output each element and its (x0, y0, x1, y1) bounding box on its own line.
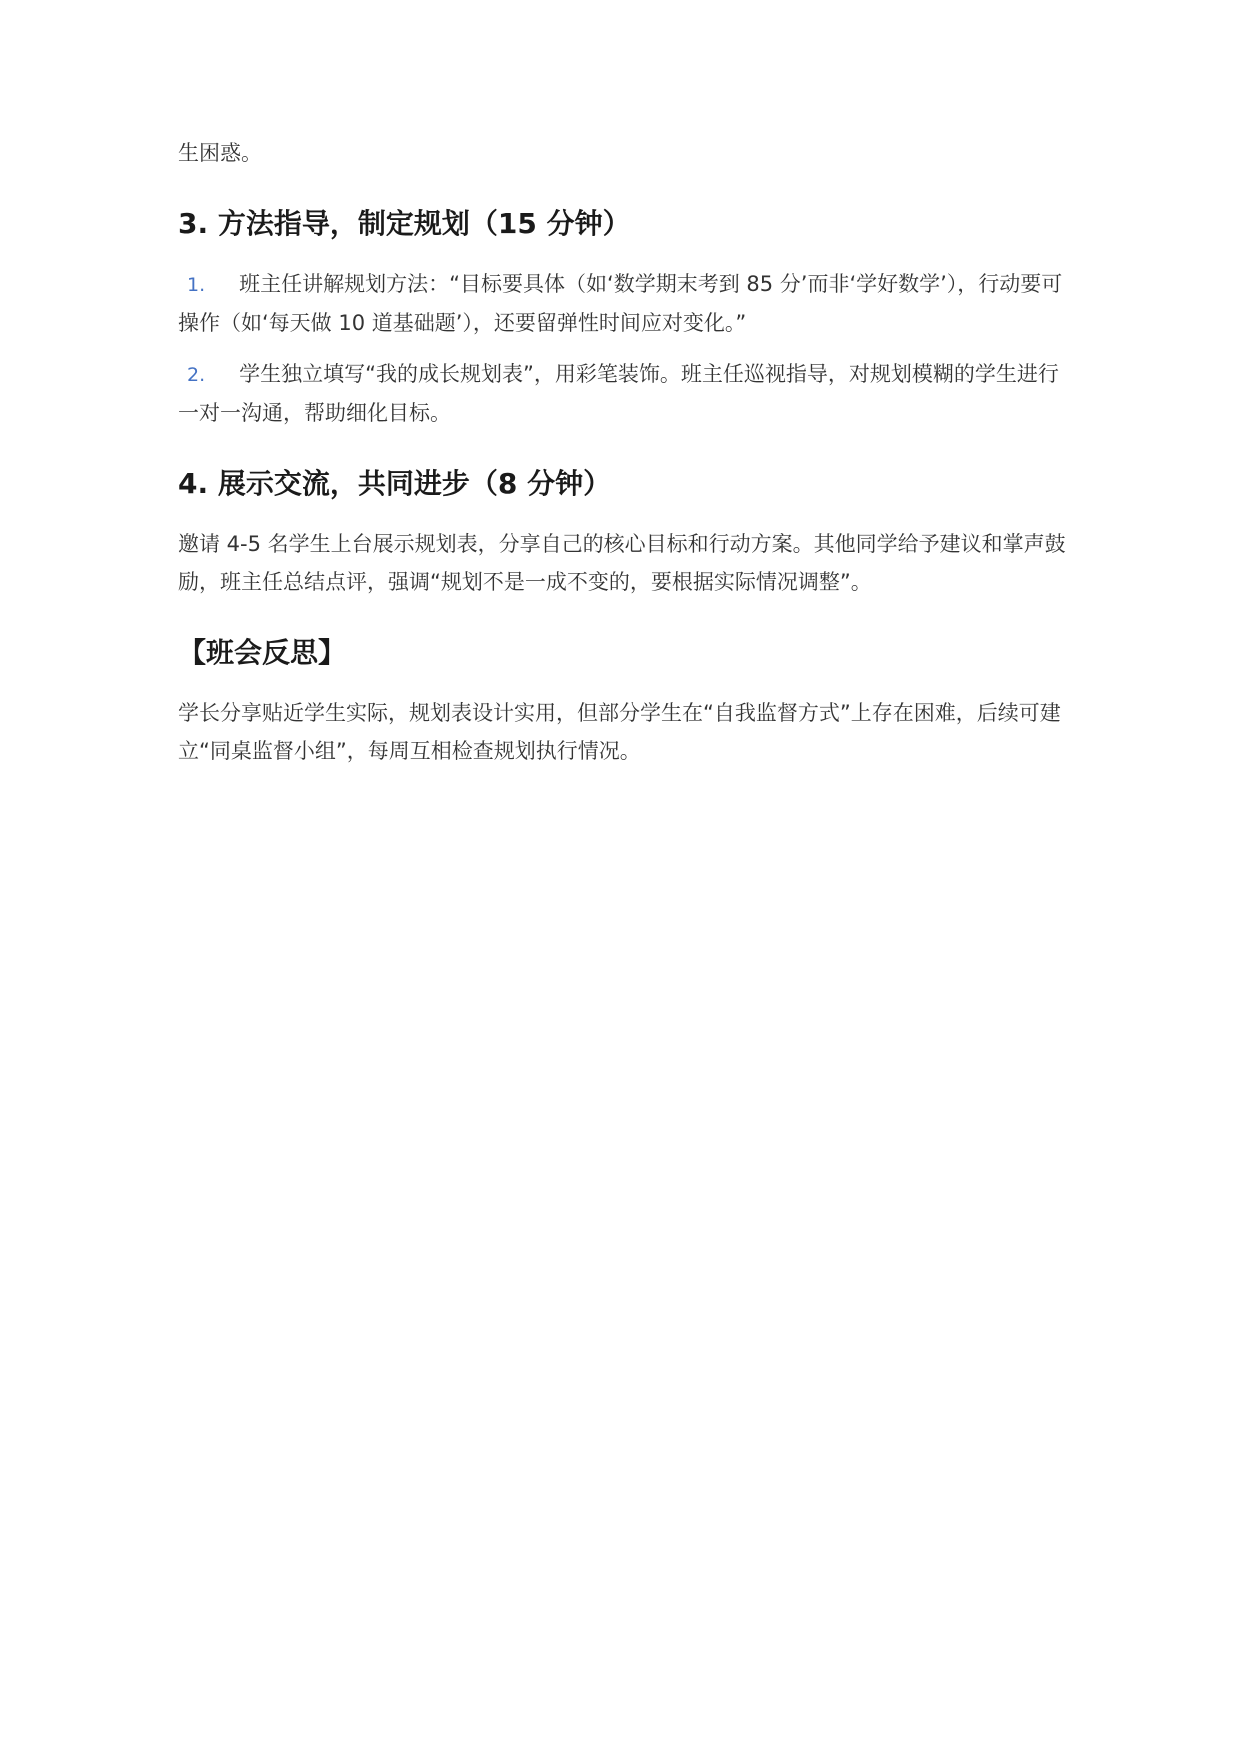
section-heading-show-and-share: 4. 展示交流，共同进步（8 分钟） (178, 465, 1073, 502)
list-item-1-text: 班主任讲解规划方法：“目标要具体（如‘数学期末考到 85 分’而非‘学好数学’）… (178, 272, 1062, 335)
paragraph-show-and-share: 邀请 4-5 名学生上台展示规划表，分享自己的核心目标和行动方案。其他同学给予建… (178, 525, 1073, 601)
section-heading-method-guidance: 3. 方法指导，制定规划（15 分钟） (178, 205, 1073, 242)
paragraph-continuation: 生困惑。 (178, 134, 1073, 172)
list-item-2: 2.学生独立填写“我的成长规划表”，用彩笔装饰。班主任巡视指导，对规划模糊的学生… (178, 355, 1073, 432)
list-item-2-text: 学生独立填写“我的成长规划表”，用彩笔装饰。班主任巡视指导，对规划模糊的学生进行… (178, 362, 1059, 425)
list-number-1: 1. (187, 274, 205, 296)
list-item-1: 1.班主任讲解规划方法：“目标要具体（如‘数学期末考到 85 分’而非‘学好数学… (178, 265, 1073, 342)
section-heading-reflection: 【班会反思】 (178, 634, 1073, 671)
paragraph-reflection: 学长分享贴近学生实际，规划表设计实用，但部分学生在“自我监督方式”上存在困难，后… (178, 694, 1073, 770)
document-page: 生困惑。 3. 方法指导，制定规划（15 分钟） 1.班主任讲解规划方法：“目标… (0, 0, 1241, 1755)
list-number-2: 2. (187, 364, 205, 386)
